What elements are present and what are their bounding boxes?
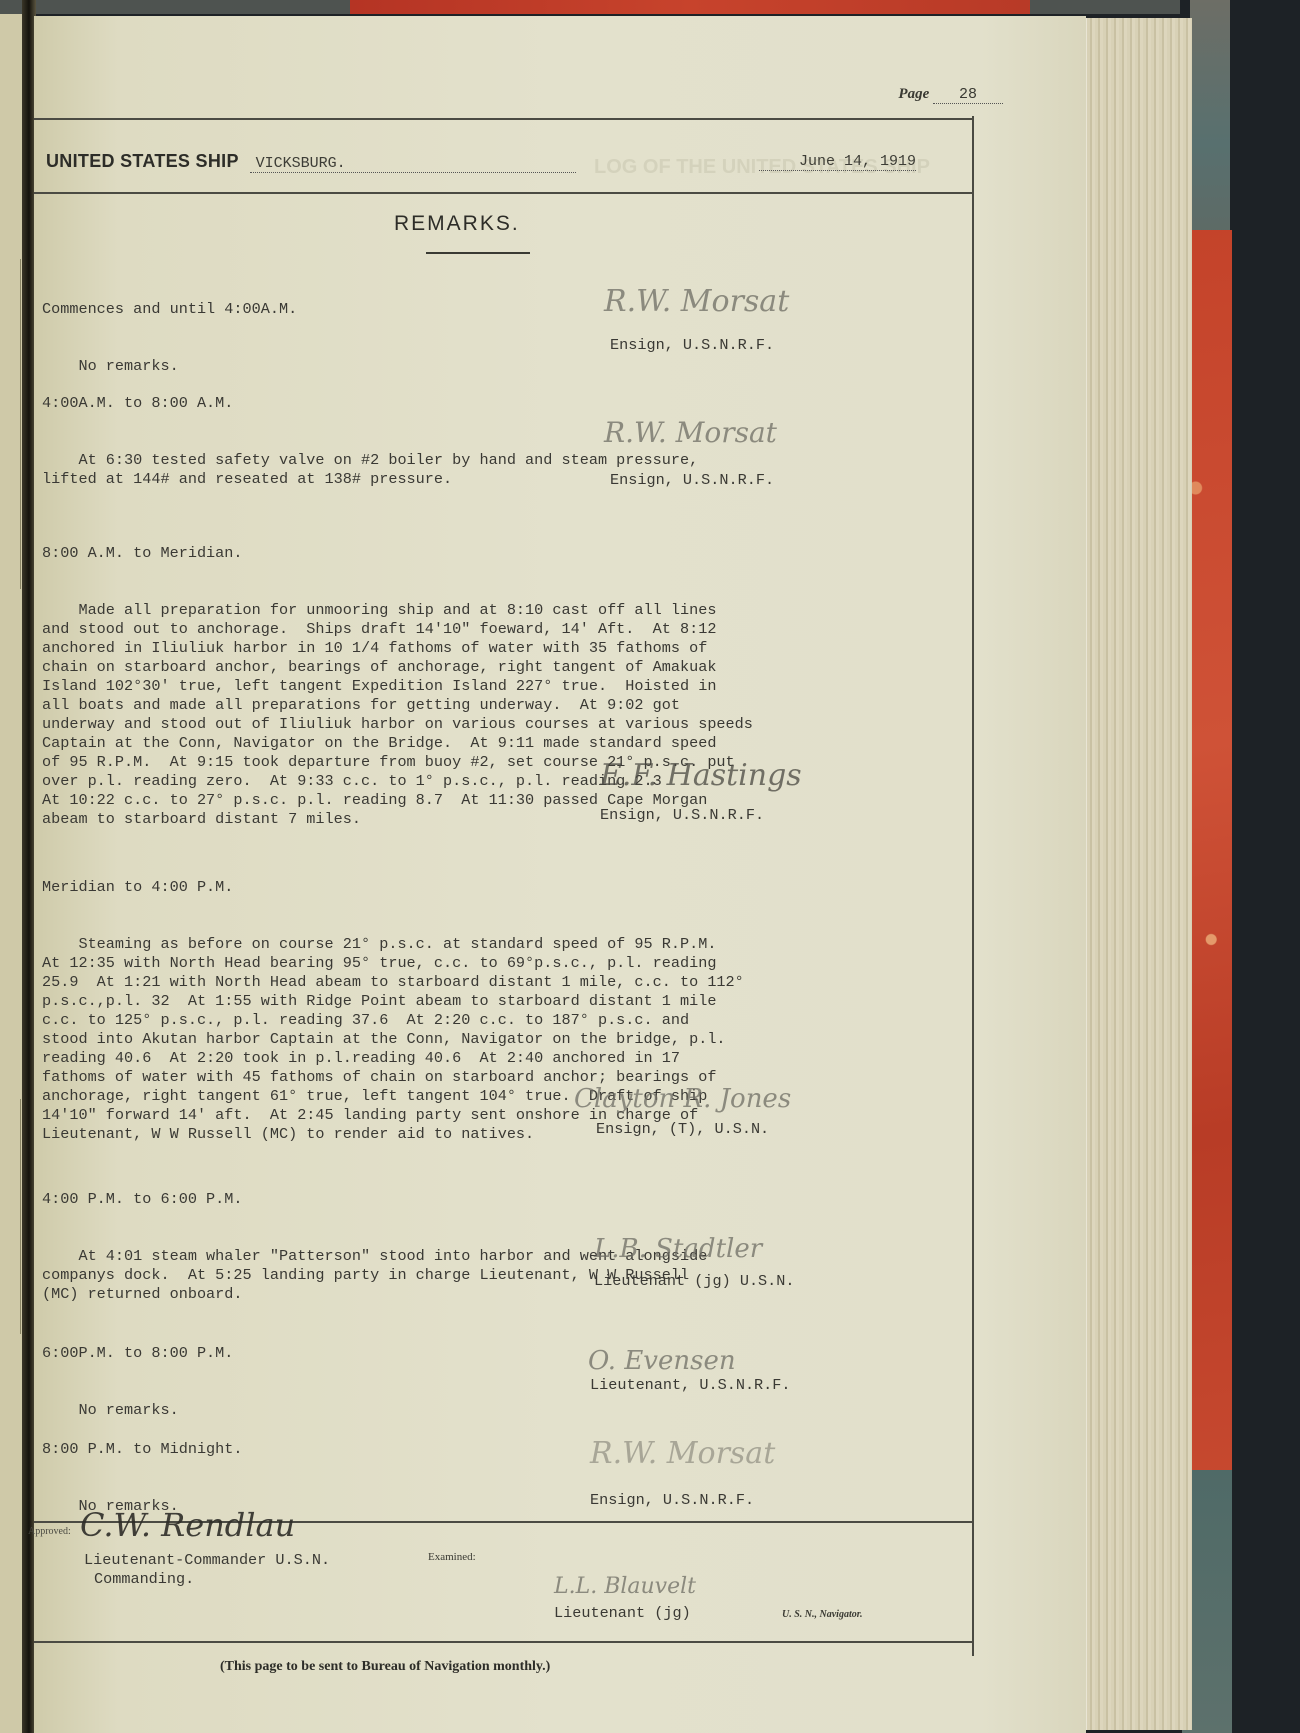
watch-period: 4:00 P.M. to 6:00 P.M. xyxy=(42,1190,707,1209)
signer-title: Ensign, U.S.N.R.F. xyxy=(610,336,774,354)
watch-period: 4:00A.M. to 8:00 A.M. xyxy=(42,394,698,413)
watch-period: 8:00 A.M. to Meridian. xyxy=(42,544,753,563)
log-page: LOG OF THE UNITED STATES SHIP Page 28 UN… xyxy=(34,16,1086,1733)
examined-label: Examined: xyxy=(428,1551,476,1563)
signature: R.W. Morsat xyxy=(604,416,777,449)
approved-label: Approved: xyxy=(28,1526,71,1537)
approved-role: Commanding. xyxy=(94,1570,194,1588)
signer-title: Ensign, U.S.N.R.F. xyxy=(610,471,774,489)
page-edges-stack xyxy=(1085,18,1192,1730)
page-number: Page 28 xyxy=(898,86,1003,104)
top-rule xyxy=(34,118,974,120)
watch-period: 6:00P.M. to 8:00 P.M. xyxy=(42,1344,233,1363)
examined-signature: L.L. Blauvelt xyxy=(554,1574,696,1599)
signature: R.W. Morsat xyxy=(604,284,789,319)
section-title: REMARKS. xyxy=(394,212,520,236)
log-entry: 4:00A.M. to 8:00 A.M. At 6:30 tested saf… xyxy=(42,356,698,527)
signer-title: Ensign, U.S.N.R.F. xyxy=(600,806,764,824)
title-underline xyxy=(426,252,530,254)
ship-label: UNITED STATES SHIP xyxy=(46,151,239,171)
log-date: June 14, 1919 xyxy=(759,153,916,171)
signature: O. Evensen xyxy=(588,1346,736,1376)
marbled-endpaper-top xyxy=(350,0,1030,14)
cloth-binding-top xyxy=(1190,0,1230,240)
signature: R.W. Morsat xyxy=(590,1436,775,1471)
ship-name: VICKSBURG. xyxy=(250,155,576,173)
approved-signature: C.W. Rendlau xyxy=(80,1506,295,1544)
left-page-table-fragment-lower xyxy=(0,1099,21,1334)
bottom-rule xyxy=(34,1641,974,1643)
ship-header: UNITED STATES SHIP VICKSBURG. June 14, 1… xyxy=(46,151,946,181)
page-value: 28 xyxy=(933,86,1003,104)
watch-period: 8:00 P.M. to Midnight. xyxy=(42,1440,243,1459)
left-page-table-fragment xyxy=(0,259,21,589)
signature: L.B. Stadtler xyxy=(594,1234,762,1264)
page-label: Page xyxy=(898,86,929,102)
signer-title: Ensign, U.S.N.R.F. xyxy=(590,1491,754,1509)
watch-period: Commences and until 4:00A.M. xyxy=(42,300,297,319)
signature: Clayton R. Jones xyxy=(574,1084,791,1114)
watch-period: Meridian to 4:00 P.M. xyxy=(42,878,744,897)
navigator-label: U. S. N., Navigator. xyxy=(782,1609,863,1620)
signature: E.F. Hastings xyxy=(600,758,802,793)
entry-text: Made all preparation for unmooring ship … xyxy=(42,601,753,829)
entry-text: At 6:30 tested safety valve on #2 boiler… xyxy=(42,451,698,489)
signer-title: Lieutenant, U.S.N.R.F. xyxy=(590,1376,791,1394)
signer-title: Lieutenant (jg) U.S.N. xyxy=(594,1272,795,1290)
footer-note: (This page to be sent to Bureau of Navig… xyxy=(220,1659,550,1675)
signer-title: Ensign, (T), U.S.N. xyxy=(596,1120,769,1138)
examined-title: Lieutenant (jg) xyxy=(554,1604,691,1622)
approved-title: Lieutenant-Commander U.S.N. xyxy=(84,1551,330,1569)
header-rule xyxy=(34,192,974,194)
